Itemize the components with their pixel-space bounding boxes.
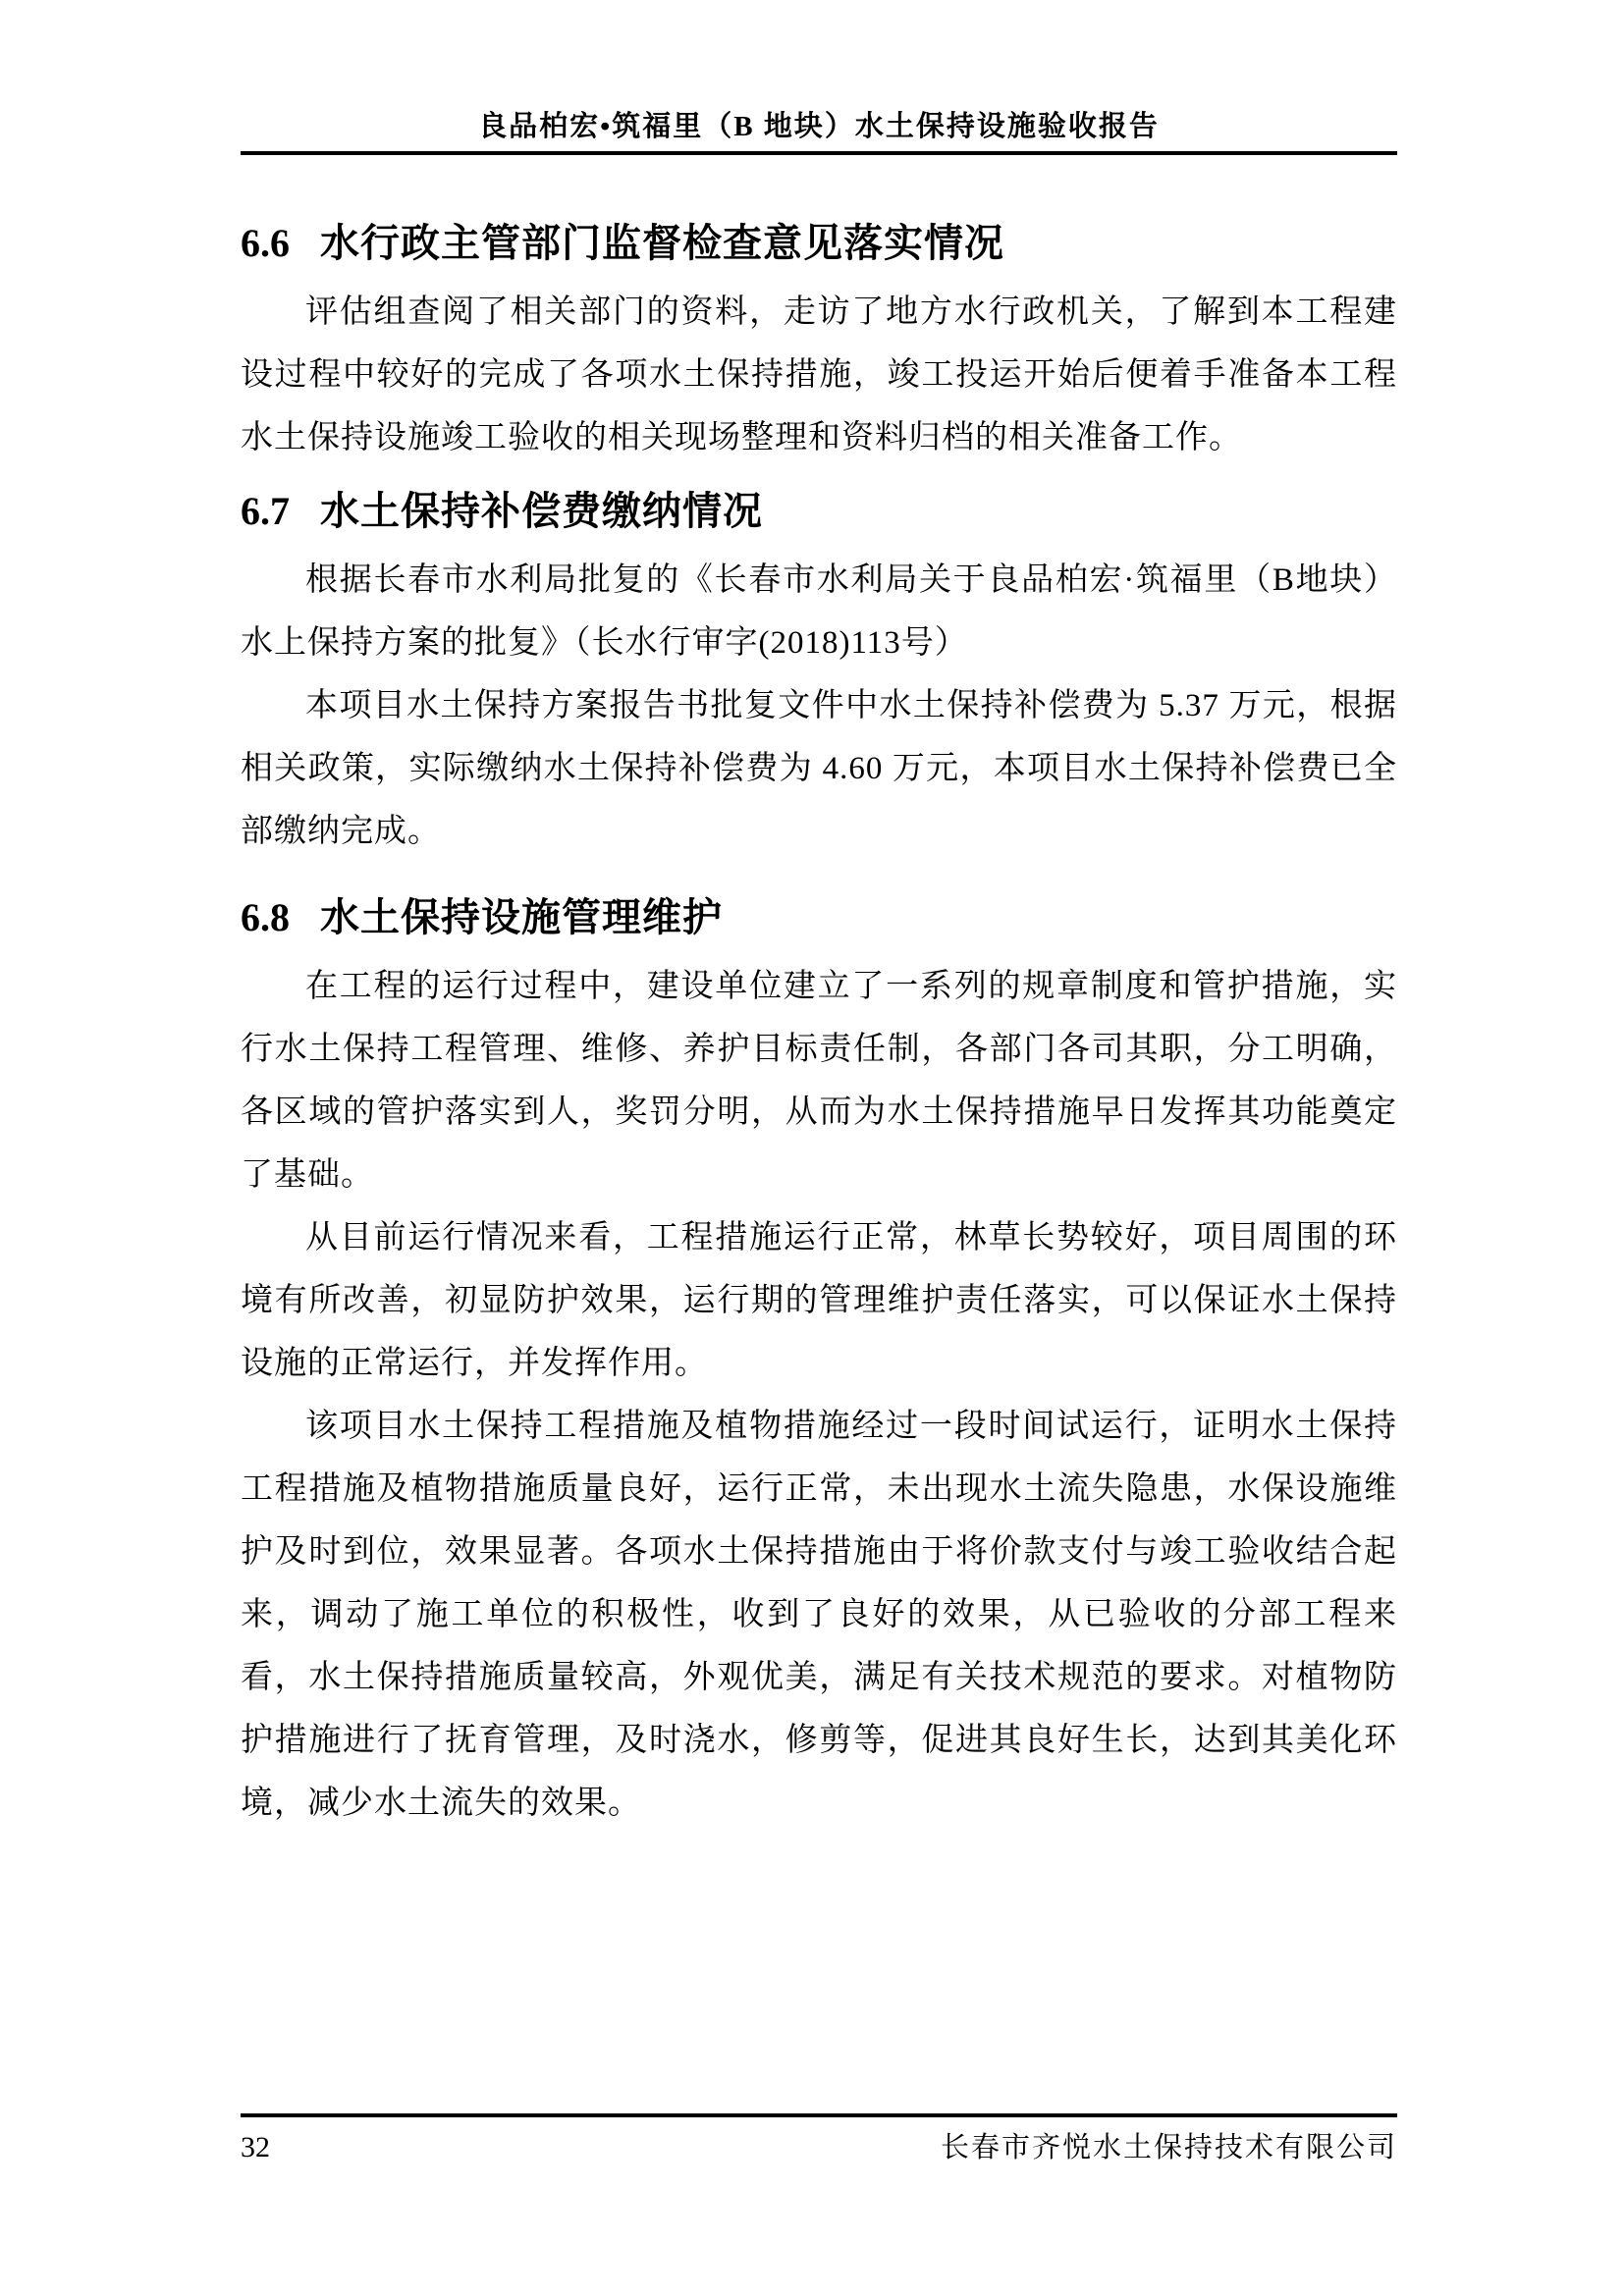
page-footer: 32 长春市齐悦水土保持技术有限公司 bbox=[241, 2113, 1397, 2165]
section-number-6-6: 6.6 bbox=[241, 221, 290, 265]
page-number: 32 bbox=[241, 2131, 270, 2164]
paragraph-6-7-2: 本项目水土保持方案报告书批复文件中水土保持补偿费为 5.37 万元，根据相关政策… bbox=[241, 674, 1397, 863]
page-header: 良品柏宏•筑福里（B 地块）水土保持设施验收报告 bbox=[241, 110, 1397, 155]
paragraph-6-7-1: 根据长春市水利局批复的《长春市水利局关于良品柏宏·筑福里（B地块）水上保持方案的… bbox=[241, 549, 1397, 674]
page-content: 6.6 水行政主管部门监督检查意见落实情况 评估组查阅了相关部门的资料，走访了地… bbox=[241, 216, 1397, 1835]
section-title-6-7: 水土保持补偿费缴纳情况 bbox=[320, 489, 763, 533]
section-number-6-7: 6.7 bbox=[241, 489, 290, 533]
section-title-6-6: 水行政主管部门监督检查意见落实情况 bbox=[320, 221, 1004, 265]
section-number-6-8: 6.8 bbox=[241, 895, 290, 939]
paragraph-6-8-1: 在工程的运行过程中，建设单位建立了一系列的规章制度和管护措施，实行水土保持工程管… bbox=[241, 955, 1397, 1206]
header-running-title: 良品柏宏•筑福里（B 地块）水土保持设施验收报告 bbox=[241, 110, 1397, 143]
section-heading-6-8: 6.8 水土保持设施管理维护 bbox=[241, 890, 1397, 945]
section-heading-6-7: 6.7 水土保持补偿费缴纳情况 bbox=[241, 484, 1397, 539]
paragraph-6-8-3: 该项目水土保持工程措施及植物措施经过一段时间试运行，证明水土保持工程措施及植物措… bbox=[241, 1395, 1397, 1835]
section-heading-6-6: 6.6 水行政主管部门监督检查意见落实情况 bbox=[241, 216, 1397, 271]
paragraph-6-8-2: 从目前运行情况来看，工程措施运行正常，林草长势较好，项目周围的环境有所改善，初显… bbox=[241, 1206, 1397, 1395]
section-title-6-8: 水土保持设施管理维护 bbox=[320, 895, 723, 939]
paragraph-6-6-1: 评估组查阅了相关部门的资料，走访了地方水行政机关，了解到本工程建设过程中较好的完… bbox=[241, 281, 1397, 469]
document-page: 良品柏宏•筑福里（B 地块）水土保持设施验收报告 6.6 水行政主管部门监督检查… bbox=[0, 0, 1624, 2296]
footer-company-name: 长春市齐悦水土保持技术有限公司 bbox=[941, 2125, 1397, 2165]
